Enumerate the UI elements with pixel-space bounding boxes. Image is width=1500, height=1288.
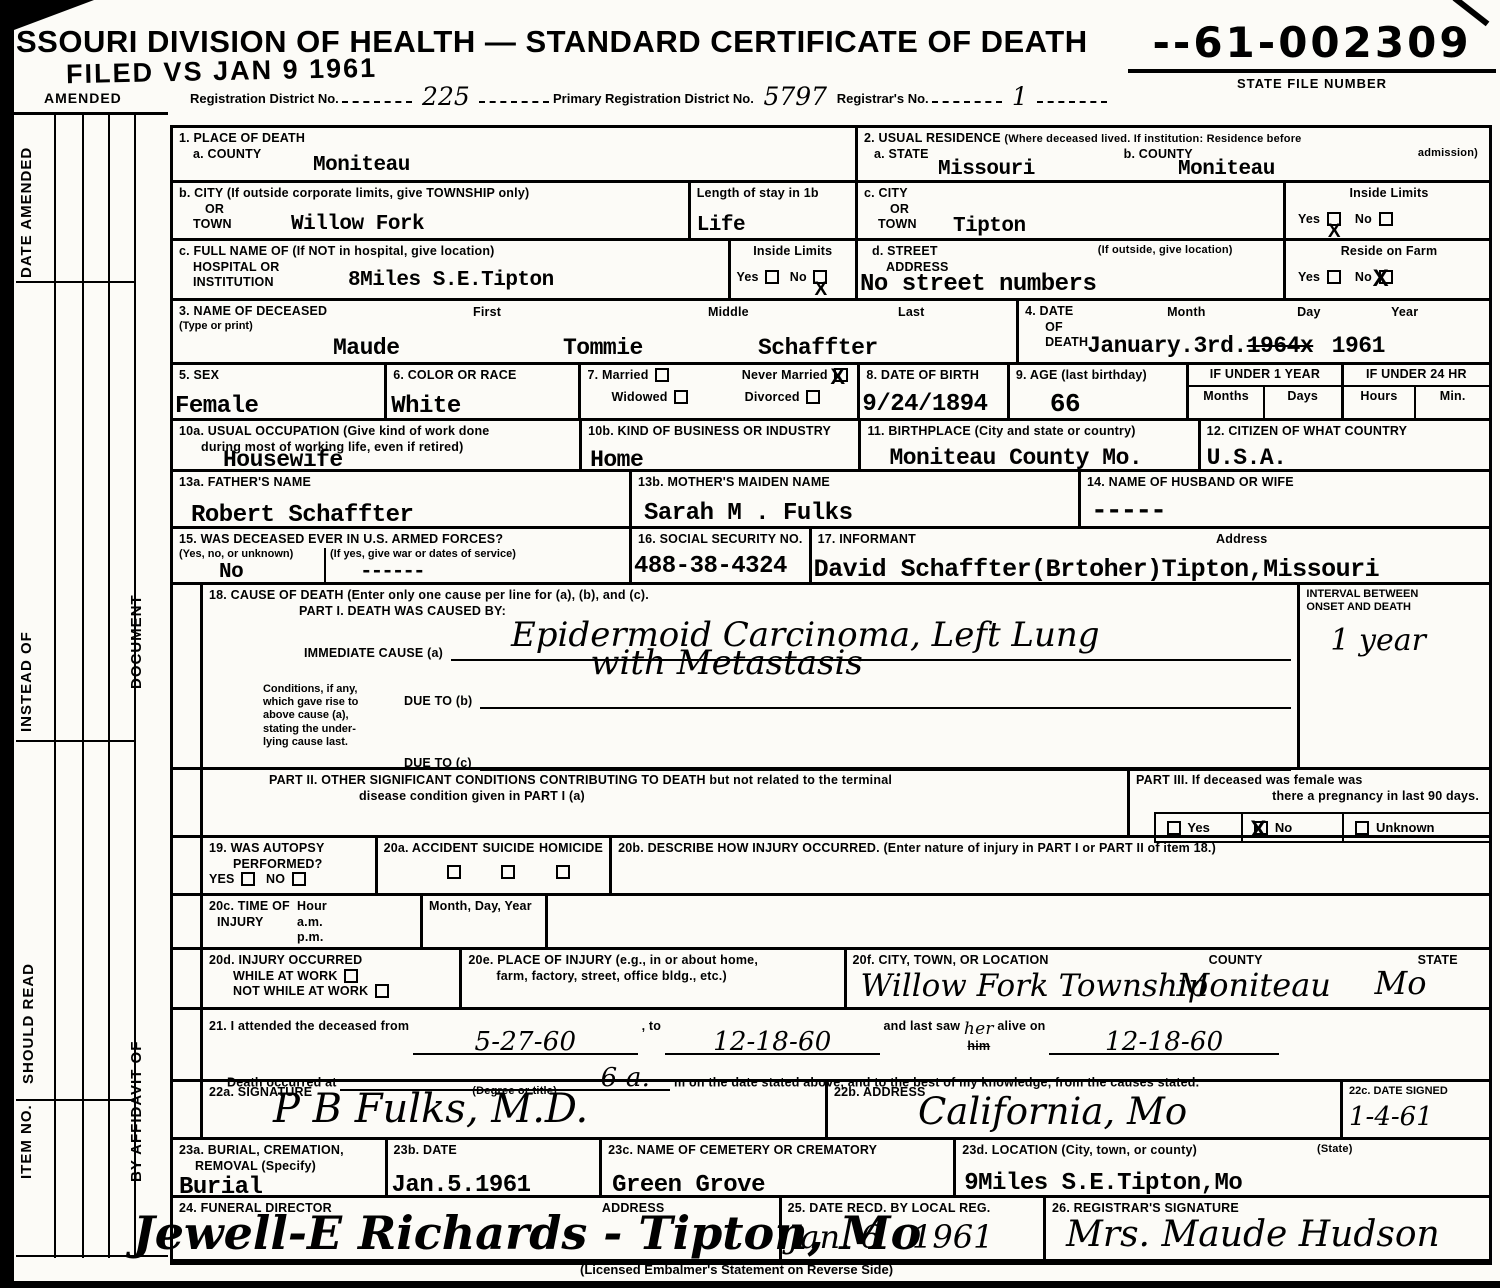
table-rule [82,115,84,1258]
attended-from-value: 5-27-60 [475,1027,577,1057]
field-2c-inside-limits: Inside Limits Yes X No [1286,183,1492,238]
no-label: No [790,270,807,284]
field-label: 3. NAME OF DECEASED [179,304,1010,320]
field-length-of-stay: Length of stay in 1b Life [691,183,855,238]
certificate-form: 1. PLACE OF DEATH a. COUNTY Moniteau b. … [170,125,1492,1265]
never-married-label: Never Married [742,368,828,382]
field-label: 13b. MOTHER'S MAIDEN NAME [638,475,1072,491]
dod-year-value: 1961 [1332,333,1385,359]
county-value: Moniteau [313,154,410,177]
field-2d-street: d. STREET (If outside, give location) AD… [858,241,1286,298]
row-attended: 21. I attended the deceased from 5-27-60… [173,1010,1489,1082]
pregnancy-no-checkbox: X [1254,821,1268,835]
middle-name-value: Tommie [563,335,643,361]
reg-district-label: Registration District No. [190,91,339,106]
row-occupation: 10a. USUAL OCCUPATION (Give kind of work… [173,421,1489,472]
not-while-at-work-checkbox [375,984,389,998]
blank-line [932,91,1002,103]
table-rule [54,115,56,1258]
field-note: (Type or print) [179,320,1010,333]
reside-farm-yes-checkbox [1327,270,1341,284]
field-20b-describe-injury: 20b. DESCRIBE HOW INJURY OCCURRED. (Ente… [612,838,1489,893]
spouse-value: ----- [1091,496,1165,527]
part3-label: PART III. If deceased was female was [1136,773,1489,789]
field-label: INJURY [217,915,297,931]
widowed-checkbox [674,390,688,404]
field-17-informant: 17. INFORMANT Address David Schaffter(Br… [812,529,1489,582]
field-10b-industry: 10b. KIND OF BUSINESS OR INDUSTRY Home [582,421,861,469]
yes-label: Yes [737,270,759,284]
interval-label: INTERVAL BETWEEN [1306,588,1483,601]
row-forces-ssn: 15. WAS DECEASED EVER IN U.S. ARMED FORC… [173,529,1489,585]
min-label: Min. [1416,387,1489,418]
sidebar-label-by-affidavit: BY AFFIDAVIT OF [128,1036,145,1186]
pm-label: p.m. [297,930,327,946]
field-label: 25. DATE RECD. BY LOCAL REG. [788,1201,1037,1217]
field-label: REMOVAL (Specify) [195,1159,379,1175]
field-5-sex: 5. SEX Female [173,365,387,418]
medical-cert-strip [173,585,203,767]
date-received-value: Jan. 6 - 1961 [788,1218,994,1256]
him-struck: him [967,1039,990,1055]
field-if-under-24hr: IF UNDER 24 HR Hours Min. [1344,365,1489,418]
field-label: OR [205,202,682,218]
while-at-work-label: WHILE AT WORK [233,969,338,983]
field-23b-date: 23b. DATE Jan.5.1961 [388,1140,603,1195]
state-file-number: --61-002309 [1128,18,1496,73]
column-header: Last [898,305,925,321]
primary-district-value: 5797 [757,82,833,111]
sidebar-label-instead-of: INSTEAD OF [18,622,35,742]
widowed-label: Widowed [611,390,667,404]
field-note: (If yes, give war or dates of service) [330,548,516,561]
row-signature: 22a. SIGNATURE (Degree or title) P B Ful… [173,1082,1489,1140]
due-to-b-label: DUE TO (b) [404,694,472,710]
row-sex-race-age: 5. SEX Female 6. COLOR OR RACE White 7. … [173,365,1489,421]
death-certificate-page: SSOURI DIVISION OF HEALTH — STANDARD CER… [0,0,1500,1288]
sidebar-label-item-no: ITEM NO. [18,1092,35,1192]
field-20d-injury-at-work: 20d. INJURY OCCURRED WHILE AT WORK NOT W… [203,950,462,1007]
city-value: Willow Fork [291,213,424,236]
homicide-checkbox [556,865,570,879]
blank-line [342,91,412,103]
field-24-funeral-director: 24. FUNERAL DIRECTOR ADDRESS Jewell-E Ri… [173,1198,782,1259]
father-name-value: Robert Schaffter [191,502,413,529]
burial-location-value: 9Miles S.E.Tipton,Mo [964,1170,1242,1197]
statement-text: 21. I attended the deceased from [209,1019,409,1033]
field-label: PERFORMED? [233,857,369,873]
field-22b-address: 22b. ADDRESS California, Mo [828,1082,1343,1137]
burial-date-value: Jan.5.1961 [392,1172,531,1199]
age-value: 66 [1050,389,1080,419]
divorced-checkbox [806,390,820,404]
field-label: Inside Limits [737,244,849,260]
field-label: 22c. DATE SIGNED [1349,1085,1456,1098]
field-11-birthplace: 11. BIRTHPLACE (City and state or countr… [861,421,1200,469]
field-label: IF UNDER 24 HR [1344,365,1489,387]
field-1b-city: b. CITY (If outside corporate limits, gi… [173,183,691,238]
am-label: a.m. [297,915,327,931]
due-to-b-value: with Metastasis [590,643,862,683]
part2-label: disease condition given in PART I (a) [359,789,1121,805]
accident-label: 20a. ACCIDENT [384,841,479,857]
attended-to-value: 12-18-60 [713,1027,831,1057]
accident-checkbox [447,865,461,879]
scan-edge-left [0,0,14,1288]
field-23a-burial: 23a. BURIAL, CREMATION, REMOVAL (Specify… [173,1140,388,1195]
homicide-label: HOMICIDE [539,841,603,857]
yes-label: Yes [1298,270,1320,284]
field-label: 20d. INJURY OCCURRED [209,953,453,969]
injury-county-value: Moniteau [1177,966,1331,1004]
occupation-value: Housewife [223,447,343,473]
field-label: TOWN [193,217,682,233]
state-note: (State) [1317,1143,1353,1159]
field-label: 23c. NAME OF CEMETERY OR CREMATORY [608,1143,947,1159]
field-label: c. FULL NAME OF (If NOT in hospital, giv… [179,244,722,260]
medical-cert-strip [173,1082,203,1137]
registrar-no-value: 1 [1006,82,1034,111]
field-19-autopsy: 19. WAS AUTOPSY PERFORMED? YES NO [203,838,378,893]
autopsy-no-label: NO [266,872,285,886]
field-label: d. STREET [872,244,938,260]
field-note: (Where deceased lived. If institution: R… [1004,133,1301,145]
field-label: 16. SOCIAL SECURITY NO. [638,532,803,548]
autopsy-no-checkbox [292,872,306,886]
dob-value: 9/24/1894 [862,391,987,418]
field-20f-location: 20f. CITY, TOWN, OR LOCATION COUNTY STAT… [847,950,1490,1007]
race-value: White [391,393,461,420]
field-20e-place-of-injury: 20e. PLACE OF INJURY (e.g., in or about … [462,950,846,1007]
due-to-c-label: DUE TO (c) [404,756,472,772]
state-file-number-block: --61-002309 STATE FILE NUMBER [1128,18,1496,91]
field-9-age: 9. AGE (last birthday) 66 [1010,365,1189,418]
field-label: 8. DATE OF BIRTH [866,368,1000,384]
month-day-year-label: Month, Day, Year [429,899,539,915]
field-label: 23a. BURIAL, CREMATION, [179,1143,379,1159]
field-2c-city: c. CITY OR TOWN Tipton [858,183,1286,238]
her-him-correction: her him [964,1019,994,1055]
field-2-usual-residence: 2. USUAL RESIDENCE (Where deceased lived… [858,128,1492,298]
field-15-armed-forces: 15. WAS DECEASED EVER IN U.S. ARMED FORC… [173,529,632,582]
row-name-dod: 3. NAME OF DECEASED (Type or print) Firs… [173,301,1489,365]
field-1a-county: 1. PLACE OF DEATH a. COUNTY Moniteau [173,128,855,180]
field-label: a. STATE [874,147,929,163]
sidebar-label-date-amended: DATE AMENDED [18,140,35,285]
field-label: c. CITY [864,186,1277,202]
armed-forces-value: No [219,561,324,584]
row-place-residence: 1. PLACE OF DEATH a. COUNTY Moniteau b. … [173,128,1489,301]
residence-county-value: Moniteau [1178,158,1275,181]
field-label: 20f. CITY, TOWN, OR LOCATION [853,953,1049,969]
field-label: 12. CITIZEN OF WHAT COUNTRY [1207,424,1483,440]
field-3-name-of-deceased: 3. NAME OF DECEASED (Type or print) Firs… [173,301,1019,362]
column-header: Month [1167,305,1205,321]
injury-state-value: Mo [1375,964,1427,1002]
field-label: TOWN [878,217,1277,233]
due-to-c-blank [480,747,1292,771]
institution-value: 8Miles S.E.Tipton [348,269,554,292]
dod-struck-value: 1964x [1247,333,1314,359]
field-label: 23d. LOCATION (City, town, or county) [962,1143,1197,1159]
part3-label: there a pregnancy in last 90 days. [1136,789,1489,805]
field-label: 10b. KIND OF BUSINESS OR INDUSTRY [588,424,852,440]
field-label: 11. BIRTHPLACE (City and state or countr… [867,424,1191,440]
interval-label: ONSET AND DEATH [1306,601,1483,614]
field-2ab-state-county: 2. USUAL RESIDENCE (Where deceased lived… [858,128,1492,180]
field-label: 20b. DESCRIBE HOW INJURY OCCURRED. (Ente… [618,841,1483,857]
state-file-number-label: STATE FILE NUMBER [1128,76,1496,91]
married-checkbox [655,368,669,382]
not-while-at-work-label: NOT WHILE AT WORK [233,984,368,998]
field-part3-pregnancy: PART III. If deceased was female was the… [1130,770,1489,835]
field-4-date-of-death: 4. DATE OF DEATH Month Day Year January.… [1019,301,1489,362]
hour-label: Hour [297,899,327,915]
reg-district-value: 225 [416,82,476,111]
field-13b-mother: 13b. MOTHER'S MAIDEN NAME Sarah M . Fulk… [632,472,1081,526]
residence-inside-limits-no-checkbox [1379,212,1393,226]
physician-address-value: California, Mo [918,1090,1187,1133]
field-label: 18. CAUSE OF DEATH (Enter only one cause… [209,588,1291,604]
birthplace-value: Moniteau County Mo. [889,445,1142,471]
autopsy-yes-checkbox [241,872,255,886]
field-6-color-race: 6. COLOR OR RACE White [387,365,581,418]
row-autopsy-injury: 19. WAS AUTOPSY PERFORMED? YES NO 20a. A… [173,838,1489,896]
row-cause-of-death: 18. CAUSE OF DEATH (Enter only one cause… [173,585,1489,770]
field-part2: PART II. OTHER SIGNIFICANT CONDITIONS CO… [203,770,1130,835]
registrar-signature-value: Mrs. Maude Hudson [1066,1214,1440,1255]
injury-location-value: Willow Fork Township [861,968,1208,1004]
field-22a-signature: 22a. SIGNATURE (Degree or title) P B Ful… [203,1082,828,1137]
field-label: 9. AGE (last birthday) [1016,368,1180,384]
sidebar-label-document: DOCUMENT [128,582,145,702]
primary-district-label: Primary Registration District No. [553,91,754,106]
field-1-place-of-death: 1. PLACE OF DEATH a. COUNTY Moniteau b. … [173,128,858,298]
field-label: 15. WAS DECEASED EVER IN U.S. ARMED FORC… [179,532,623,548]
page-title: SSOURI DIVISION OF HEALTH — STANDARD CER… [16,24,1088,60]
conditions-note: Conditions, if any, which gave rise to a… [263,683,383,749]
field-label: IF UNDER 1 YEAR [1189,365,1340,387]
statement-text: alive on [997,1019,1045,1033]
pregnancy-unknown-checkbox [1355,821,1369,835]
field-22c-date-signed: 22c. DATE SIGNED 1-4-61 [1343,1082,1462,1137]
field-16-ssn: 16. SOCIAL SECURITY NO. 488-38-4324 [632,529,812,582]
field-26-registrar-signature: 26. REGISTRAR'S SIGNATURE Mrs. Maude Hud… [1046,1198,1489,1259]
field-20a-manner: 20a. ACCIDENT SUICIDE HOMICIDE [378,838,612,893]
field-8-date-of-birth: 8. DATE OF BIRTH 9/24/1894 [860,365,1009,418]
length-of-stay-value: Life [697,214,849,237]
field-label: 6. COLOR OR RACE [393,368,572,384]
field-note: admission) [1418,147,1478,163]
no-label: No [1355,270,1372,284]
registrar-no-label: Registrar's No. [837,91,929,106]
field-label: 5. SEX [179,368,378,384]
field-label: 14. NAME OF HUSBAND OR WIFE [1087,475,1483,491]
field-label: 13a. FATHER'S NAME [179,475,623,491]
field-if-under-1-year: IF UNDER 1 YEAR Months Days [1189,365,1343,418]
field-12-citizen: 12. CITIZEN OF WHAT COUNTRY U.S.A. [1201,421,1489,469]
blank-line [479,91,549,103]
days-label: Days [1265,387,1341,418]
scan-edge-bottom [0,1281,1500,1288]
field-label: b. CITY (If outside corporate limits, gi… [179,186,682,202]
married-label: 7. Married [587,368,648,382]
field-label: 19. WAS AUTOPSY [209,841,369,857]
field-label: 17. INFORMANT [818,532,916,548]
field-note: (Yes, no, or unknown) [179,548,324,561]
inside-limits-yes-checkbox [765,270,779,284]
row-funeral-registrar: 24. FUNERAL DIRECTOR ADDRESS Jewell-E Ri… [173,1198,1489,1262]
statement-text: and last saw [883,1019,960,1033]
divorced-label: Divorced [745,390,800,404]
suicide-checkbox [501,865,515,879]
field-20c-time-of-injury: 20c. TIME OF INJURY Hour a.m. p.m. [203,896,423,947]
column-header: First [473,305,501,321]
field-label: 20c. TIME OF [209,899,297,915]
cemetery-value: Green Grove [612,1172,765,1199]
informant-value: David Schaffter(Brtoher)Tipton,Missouri [814,555,1380,584]
embalmer-note: (Licensed Embalmer's Statement on Revers… [580,1262,893,1277]
street-address-value: No street numbers [860,271,1096,298]
address-header: Address [1216,532,1267,548]
industry-value: Home [590,447,643,473]
physician-signature: P B Fulks, M.D. [273,1086,588,1132]
no-label: No [1355,212,1372,226]
medical-cert-strip [173,770,203,835]
amended-label: AMENDED [44,90,122,106]
residence-city-value: Tipton [953,215,1026,238]
column-header: Day [1297,305,1321,321]
field-25-date-received: 25. DATE RECD. BY LOCAL REG. Jan. 6 - 19… [782,1198,1046,1259]
field-label: 23b. DATE [394,1143,594,1159]
field-20c-blank [548,896,1462,947]
mother-name-value: Sarah M . Fulks [644,500,853,527]
statement-text: , to [642,1019,662,1033]
field-note: (If outside, give location) [1098,244,1233,260]
last-saw-value: 12-18-60 [1105,1027,1223,1057]
row-parents: 13a. FATHER'S NAME Robert Schaffter 13b.… [173,472,1489,529]
field-14-spouse: 14. NAME OF HUSBAND OR WIFE ----- [1081,472,1489,526]
field-label: OR [890,202,1277,218]
war-dates-value: ------ [360,561,516,584]
months-label: Months [1189,387,1265,418]
last-name-value: Schaffter [758,335,878,361]
field-note: farm, factory, street, office bldg., etc… [496,969,837,985]
autopsy-yes-label: YES [209,872,235,886]
sex-value: Female [175,393,258,420]
field-reside-on-farm: Reside on Farm Yes No X [1286,241,1492,298]
yes-label: Yes [1298,212,1320,226]
table-rule [108,115,110,1258]
ssn-value: 488-38-4324 [634,553,787,580]
field-label: 1. PLACE OF DEATH [179,131,849,147]
field-label: Inside Limits [1292,186,1486,202]
part2-label: PART II. OTHER SIGNIFICANT CONDITIONS CO… [269,773,1121,789]
blank-line [1037,91,1107,103]
while-at-work-checkbox [344,969,358,983]
column-header: Year [1391,305,1418,321]
dod-value: January.3rd. [1087,333,1247,359]
field-1c-institution: c. FULL NAME OF (If NOT in hospital, giv… [173,241,731,298]
medical-cert-strip [173,896,203,947]
medical-cert-strip [173,838,203,893]
field-label: a. COUNTY [193,147,849,163]
row-part2-part3: PART II. OTHER SIGNIFICANT CONDITIONS CO… [173,770,1489,838]
reside-farm-no-checkbox: X [1379,270,1393,284]
row-burial: 23a. BURIAL, CREMATION, REMOVAL (Specify… [173,1140,1489,1198]
field-20c-mdy: Month, Day, Year [423,896,548,947]
row-injury-place: 20d. INJURY OCCURRED WHILE AT WORK NOT W… [173,950,1489,1010]
first-name-value: Maude [333,335,400,361]
field-label: 2. USUAL RESIDENCE [864,131,1001,145]
field-21-attended: 21. I attended the deceased from 5-27-60… [203,1010,1489,1079]
field-label: Length of stay in 1b [697,186,849,202]
medical-cert-strip [173,1010,203,1079]
medical-cert-strip [173,950,203,1007]
field-10a-occupation: 10a. USUAL OCCUPATION (Give kind of work… [173,421,582,469]
citizen-value: U.S.A. [1207,445,1287,471]
residence-state-value: Missouri [938,158,1035,181]
field-7-marital-status: 7. Married Never Married X Widowed Divor… [581,365,860,418]
field-label: Reside on Farm [1292,244,1486,260]
suicide-label: SUICIDE [482,841,534,857]
immediate-cause-label: IMMEDIATE CAUSE (a) [304,646,443,662]
field-label: 20e. PLACE OF INJURY (e.g., in or about … [468,953,837,969]
field-label: 10a. USUAL OCCUPATION (Give kind of work… [179,424,573,440]
field-interval: INTERVAL BETWEEN ONSET AND DEATH 1 year [1300,585,1489,767]
sidebar-label-should-read: SHOULD READ [20,958,37,1088]
field-23c-cemetery: 23c. NAME OF CEMETERY OR CREMATORY Green… [602,1140,956,1195]
field-18-cause-of-death: 18. CAUSE OF DEATH (Enter only one cause… [203,585,1300,767]
column-header: Middle [708,305,749,321]
pregnancy-yes-checkbox [1167,821,1181,835]
registration-line: Registration District No. 225 Primary Re… [190,80,1180,109]
field-13a-father: 13a. FATHER'S NAME Robert Schaffter [173,472,632,526]
field-1c-inside-limits: Inside Limits Yes No X [731,241,855,298]
hours-label: Hours [1344,387,1417,418]
row-time-of-injury: 20c. TIME OF INJURY Hour a.m. p.m. Month… [173,896,1489,950]
inside-limits-no-checkbox: X [813,270,827,284]
never-married-checkbox: X [834,368,848,382]
residence-inside-limits-yes-checkbox: X [1327,212,1341,226]
field-23d-location: 23d. LOCATION (City, town, or county) (S… [956,1140,1489,1195]
date-signed-value: 1-4-61 [1349,1102,1456,1132]
her-handwritten: her [964,1019,994,1039]
interval-value: 1 year [1330,623,1426,658]
